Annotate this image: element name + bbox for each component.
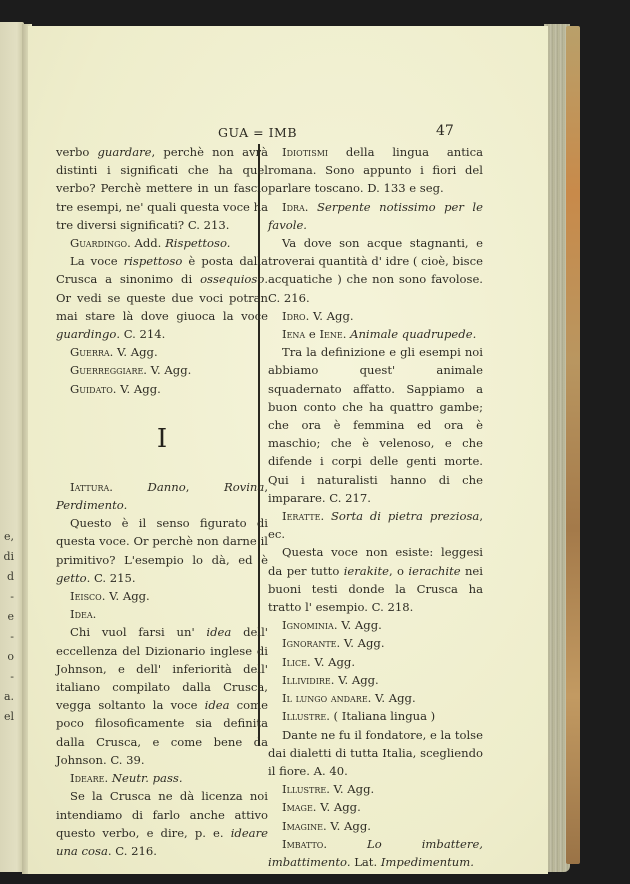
fragment: -	[0, 667, 14, 687]
entry-guidato: Guidato. V. Agg.	[56, 380, 268, 398]
fragment: d	[0, 567, 14, 587]
page-number: 47	[436, 123, 454, 139]
entry-ideare: Ideare. Neutr. pass.	[56, 769, 268, 787]
left-page-text-fragments: e, di d - e - o - a. el	[0, 527, 14, 727]
section-letter-heading: I	[56, 424, 268, 454]
entry-imbatto: Imbatto. Lo imbattere, imbattimento. Lat…	[268, 835, 483, 871]
paragraph: Dante ne fu il fondatore, e la tolse dai…	[268, 726, 483, 781]
entry-ignorante: Ignorante. V. Agg.	[268, 634, 483, 652]
entry-guerreggiare: Guerreggiare. V. Agg.	[56, 361, 268, 379]
paragraph: La voce rispettoso è posta dalla Crusca …	[56, 252, 268, 343]
fragment: di	[0, 547, 14, 567]
entry-guerra: Guerra. V. Agg.	[56, 343, 268, 361]
marbled-cover-edge	[566, 26, 580, 864]
facing-left-page: e, di d - e - o - a. el	[0, 22, 24, 872]
running-head: GUA = IMB	[218, 125, 297, 140]
entry-ignominia: Ignominia. V. Agg.	[268, 616, 483, 634]
entry-illividire: Illividire. V. Agg.	[268, 671, 483, 689]
paragraph: Va dove son acque stagnanti, e troverai …	[268, 234, 483, 307]
entry-illustre-lingua: Illustre. ( Italiana lingua )	[268, 707, 483, 725]
paragraph: Chi vuol farsi un' idea dell' eccellenza…	[56, 623, 268, 769]
paragraph: Questa voce non esiste: leggesi da per t…	[268, 543, 483, 616]
fragment: e	[0, 607, 14, 627]
right-column: Idiotismi della lingua antica romana. So…	[268, 143, 483, 871]
entry-idra: Idra. Serpente notissimo per le favole.	[268, 198, 483, 234]
paragraph: verbo guardare, perchè non avrà distinti…	[56, 143, 268, 234]
entry-idro: Idro. V. Agg.	[268, 307, 483, 325]
fragment: o	[0, 647, 14, 667]
page-header: GUA = IMB 47	[28, 125, 548, 141]
entry-guardingo: Guardingo. Add. Rispettoso.	[56, 234, 268, 252]
entry-illustre: Illustre. V. Agg.	[268, 780, 483, 798]
entry-ilice: Ilice. V. Agg.	[268, 653, 483, 671]
entry-ieisco: Ieisco. V. Agg.	[56, 587, 268, 605]
entry-iattura: Iattura. Danno, Rovina, Perdimento.	[56, 478, 268, 514]
fragment: a.	[0, 687, 14, 707]
paragraph: Tra la definizione e gli esempi noi abbi…	[268, 343, 483, 507]
entry-imagine: Imagine. V. Agg.	[268, 817, 483, 835]
fragment: -	[0, 587, 14, 607]
entry-idiotismi: Idiotismi della lingua antica romana. So…	[268, 143, 483, 198]
entry-idea: Idea.	[56, 605, 268, 623]
paragraph: Se la Crusca ne dà licenza noi intendiam…	[56, 787, 268, 860]
entry-ieratte: Ieratte. Sorta di pietra preziosa, ec.	[268, 507, 483, 543]
entry-image: Image. V. Agg.	[268, 798, 483, 816]
paragraph: Questo è il senso figurato di questa voc…	[56, 514, 268, 587]
left-column: verbo guardare, perchè non avrà distinti…	[56, 143, 268, 860]
fragment: -	[0, 627, 14, 647]
entry-il-lungo-andare: Il lungo andare. V. Agg.	[268, 689, 483, 707]
fragment: e,	[0, 527, 14, 547]
fragment: el	[0, 707, 14, 727]
entry-iena: Iena e Iene. Animale quadrupede.	[268, 325, 483, 343]
book-page: GUA = IMB 47 verbo guardare, perchè non …	[28, 26, 548, 874]
